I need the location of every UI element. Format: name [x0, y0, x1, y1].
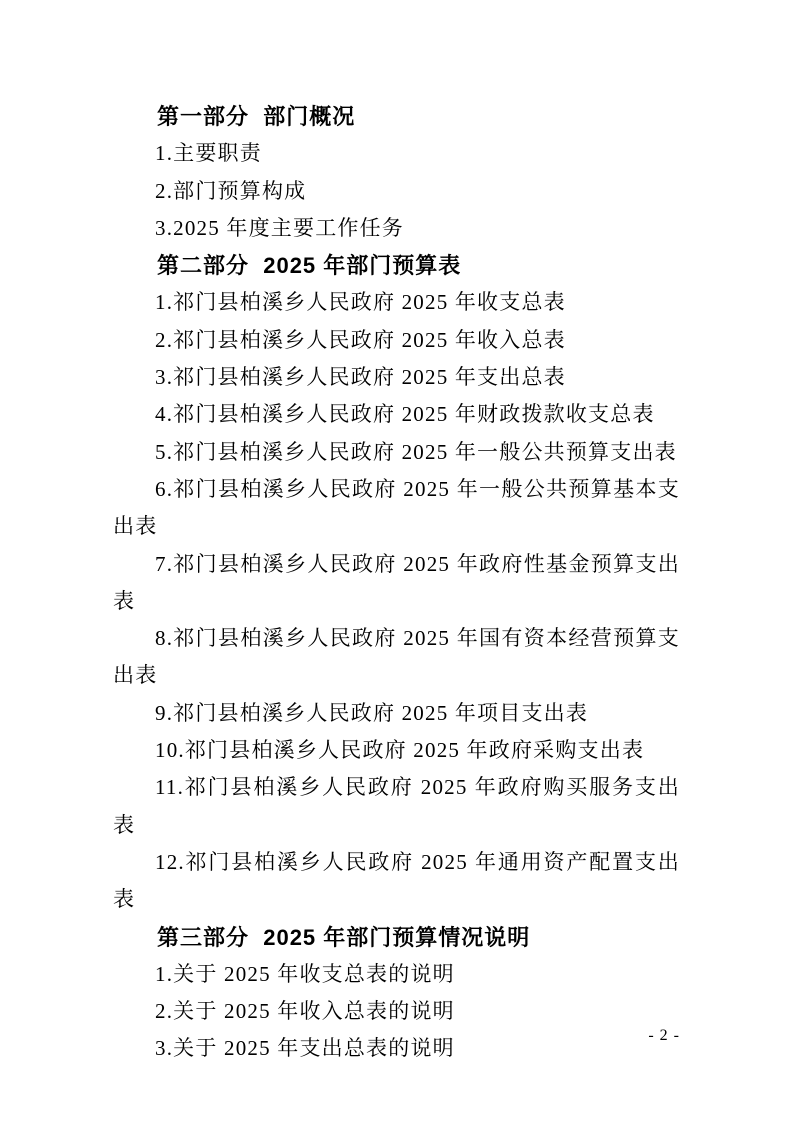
- document-page: 第一部分 部门概况1.主要职责2.部门预算构成3.2025 年度主要工作任务第二…: [0, 0, 793, 1122]
- toc-item: 5.祁门县柏溪乡人民政府 2025 年一般公共预算支出表: [113, 434, 680, 471]
- toc-item: 1.主要职责: [113, 135, 680, 172]
- section-heading: 第二部分 2025 年部门预算表: [113, 247, 680, 284]
- section-heading: 第三部分 2025 年部门预算情况说明: [113, 919, 680, 956]
- toc-item: 9.祁门县柏溪乡人民政府 2025 年项目支出表: [113, 695, 680, 732]
- toc-item: 2.祁门县柏溪乡人民政府 2025 年收入总表: [113, 322, 680, 359]
- toc-item: 3.关于 2025 年支出总表的说明: [113, 1030, 680, 1067]
- section-heading: 第一部分 部门概况: [113, 98, 680, 135]
- toc-item: 11.祁门县柏溪乡人民政府 2025 年政府购买服务支出表: [113, 769, 680, 844]
- toc-item: 6.祁门县柏溪乡人民政府 2025 年一般公共预算基本支出表: [113, 471, 680, 546]
- toc-item: 1.关于 2025 年收支总表的说明: [113, 956, 680, 993]
- toc-item: 8.祁门县柏溪乡人民政府 2025 年国有资本经营预算支出表: [113, 620, 680, 695]
- toc-item: 12.祁门县柏溪乡人民政府 2025 年通用资产配置支出表: [113, 844, 680, 919]
- toc-item: 1.祁门县柏溪乡人民政府 2025 年收支总表: [113, 284, 680, 321]
- toc-item: 10.祁门县柏溪乡人民政府 2025 年政府采购支出表: [113, 732, 680, 769]
- toc-item: 2.关于 2025 年收入总表的说明: [113, 993, 680, 1030]
- toc-content: 第一部分 部门概况1.主要职责2.部门预算构成3.2025 年度主要工作任务第二…: [0, 0, 793, 1068]
- toc-item: 3.2025 年度主要工作任务: [113, 210, 680, 247]
- toc-item: 7.祁门县柏溪乡人民政府 2025 年政府性基金预算支出表: [113, 546, 680, 621]
- toc-item: 3.祁门县柏溪乡人民政府 2025 年支出总表: [113, 359, 680, 396]
- toc-item: 4.祁门县柏溪乡人民政府 2025 年财政拨款收支总表: [113, 396, 680, 433]
- toc-item: 2.部门预算构成: [113, 173, 680, 210]
- page-number: - 2 -: [648, 1025, 680, 1047]
